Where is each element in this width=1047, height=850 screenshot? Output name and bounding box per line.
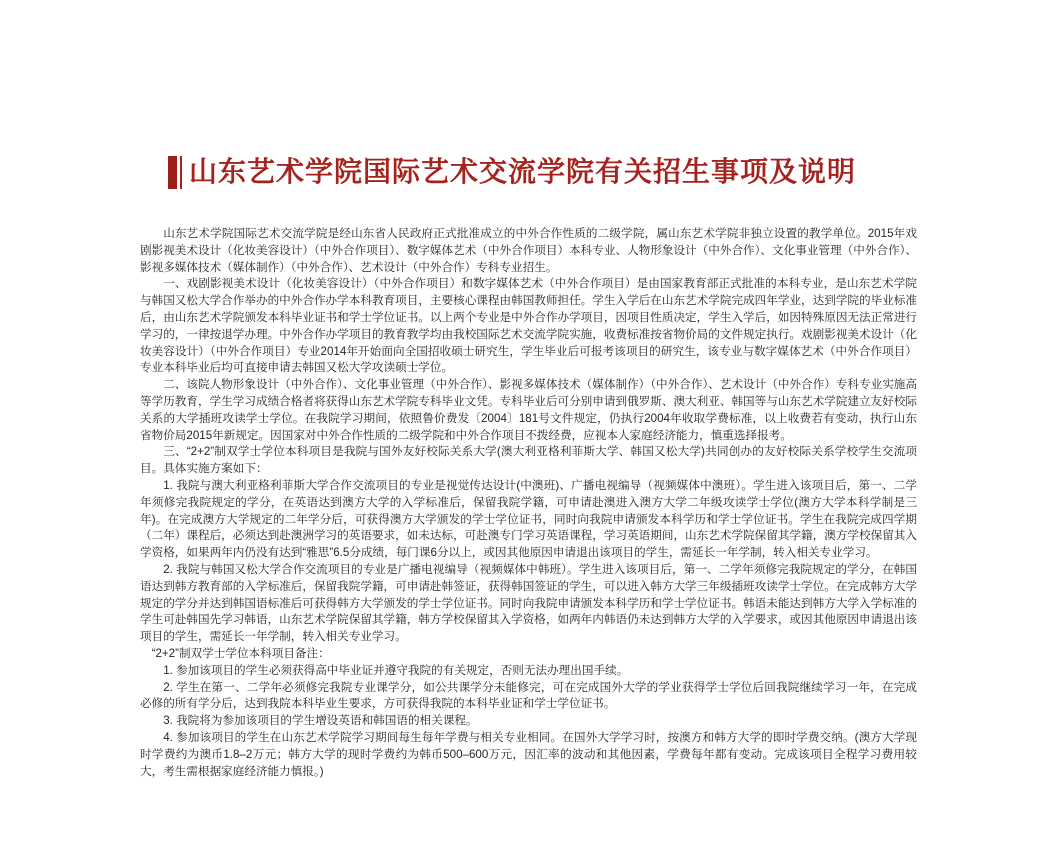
paragraph-item-korea: 2. 我院与韩国又松大学合作交流项目的专业是广播电视编导（视频媒体中韩班）。学生… [140, 562, 917, 646]
title-accent-line-icon [180, 156, 182, 189]
document-page: 山东艺术学院国际艺术交流学院有关招生事项及说明 山东艺术学院国际艺术交流学院是经… [0, 0, 1047, 850]
paragraph-note-3: 3. 我院将为参加该项目的学生增设英语和韩国语的相关课程。 [140, 713, 917, 730]
page-title: 山东艺术学院国际艺术交流学院有关招生事项及说明 [189, 155, 856, 189]
paragraph-item-australia: 1. 我院与澳大利亚格利菲斯大学合作交流项目的专业是视觉传达设计(中澳班)、广播… [140, 478, 917, 562]
paragraph-intro: 山东艺术学院国际艺术交流学院是经山东省人民政府正式批准成立的中外合作性质的二级学… [140, 226, 917, 276]
paragraph-section-one: 一、戏剧影视美术设计（化妆美容设计）（中外合作项目）和数字媒体艺术（中外合作项目… [140, 276, 917, 377]
paragraph-notes-heading: “2+2”制双学士学位本科项目备注： [140, 646, 917, 663]
document-body: 山东艺术学院国际艺术交流学院是经山东省人民政府正式批准成立的中外合作性质的二级学… [140, 226, 917, 780]
paragraph-note-2: 2. 学生在第一、二学年必须修完我院专业课学分，如公共课学分未能修完，可在完成国… [140, 680, 917, 714]
title-accent-bar-icon [168, 156, 177, 189]
title-block: 山东艺术学院国际艺术交流学院有关招生事项及说明 [168, 155, 856, 189]
paragraph-section-two: 二、该院人物形象设计（中外合作）、文化事业管理（中外合作）、影视多媒体技术（媒体… [140, 377, 917, 444]
paragraph-section-three: 三、“2+2”制双学士学位本科项目是我院与国外友好校际关系大学(澳大利亚格利菲斯… [140, 444, 917, 478]
paragraph-note-4: 4. 参加该项目的学生在山东艺术学院学习期间每生每年学费与相关专业相同。在国外大… [140, 730, 917, 780]
paragraph-note-1: 1. 参加该项目的学生必须获得高中毕业证并遵守我院的有关规定，否则无法办理出国手… [140, 663, 917, 680]
